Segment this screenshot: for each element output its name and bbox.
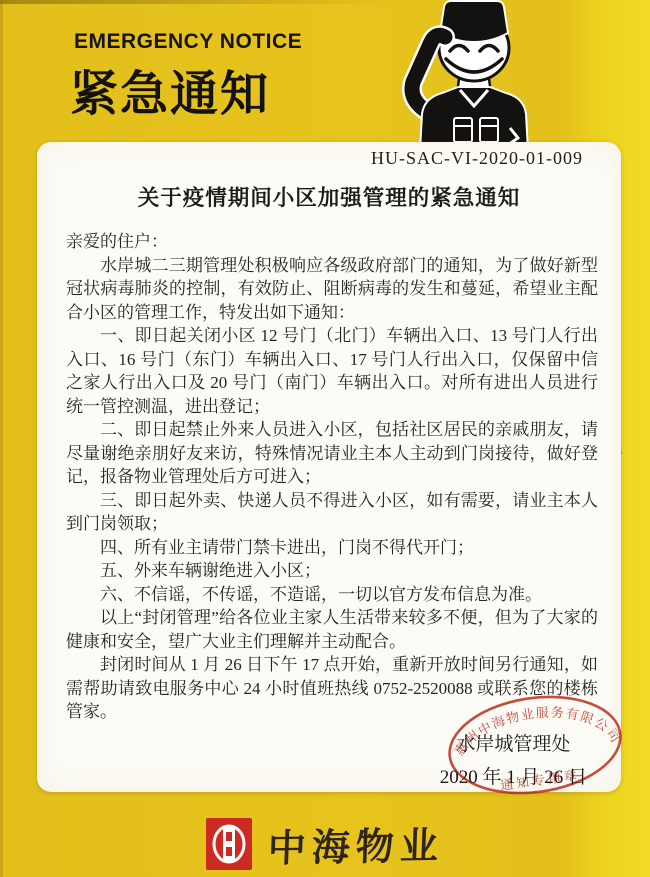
photo-top-edge [0, 0, 390, 4]
paragraph-intro: 水岸城二三期管理处积极响应各级政府部门的通知，为了做好新型冠状病毒肺炎的控制，有… [66, 254, 598, 325]
salutation: 亲爱的住户： [66, 230, 598, 254]
notice-paper: HU-SAC-VI-2020-01-009 关于疫情期间小区加强管理的紧急通知 … [37, 142, 621, 792]
zhonghai-property-logo-icon [206, 818, 252, 870]
paragraph-rule-1: 一、即日起关闭小区 12 号门（北门）车辆出入口、13 号门人行出入口、16 号… [66, 324, 598, 418]
signature-date: 2020 年 1 月 26 日 [440, 761, 587, 794]
paragraph-apology: 以上“封闭管理”给各位业主家人生活带来较多不便，但为了大家的健康和安全，望广大业… [66, 606, 598, 653]
footer-brand: 中海物业 [0, 816, 650, 871]
document-number: HU-SAC-VI-2020-01-009 [371, 148, 583, 169]
paragraph-rule-5: 五、外来车辆谢绝进入小区； [66, 559, 598, 583]
paragraph-rule-2: 二、即日起禁止外来人员进入小区，包括社区居民的亲戚朋友，请尽量谢绝亲朋好友来访，… [66, 418, 598, 489]
notice-body: 亲爱的住户： 水岸城二三期管理处积极响应各级政府部门的通知，为了做好新型冠状病毒… [66, 230, 598, 724]
brand-name: 中海物业 [267, 814, 445, 872]
paragraph-rule-4: 四、所有业主请带门禁卡进出，门岗不得代开门； [66, 536, 598, 560]
photo-left-edge [0, 0, 3, 877]
paragraph-rule-6: 六、不信谣，不传谣，不造谣，一切以官方发布信息为准。 [66, 583, 598, 607]
header-title-cn: 紧急通知 [70, 55, 270, 124]
signature-block: 水岸城管理处 2020 年 1 月 26 日 [440, 728, 587, 794]
header-title-en: EMERGENCY NOTICE [74, 30, 302, 54]
saluting-guard-icon [398, 0, 578, 150]
notice-poster: EMERGENCY NOTICE 紧急通知 HU-SAC-VI-2020-01-… [0, 0, 650, 877]
paragraph-rule-3: 三、即日起外卖、快递人员不得进入小区，如有需要，请业主本人到门岗领取； [66, 489, 598, 536]
notice-title: 关于疫情期间小区加强管理的紧急通知 [37, 181, 621, 212]
signature-org: 水岸城管理处 [440, 728, 587, 761]
